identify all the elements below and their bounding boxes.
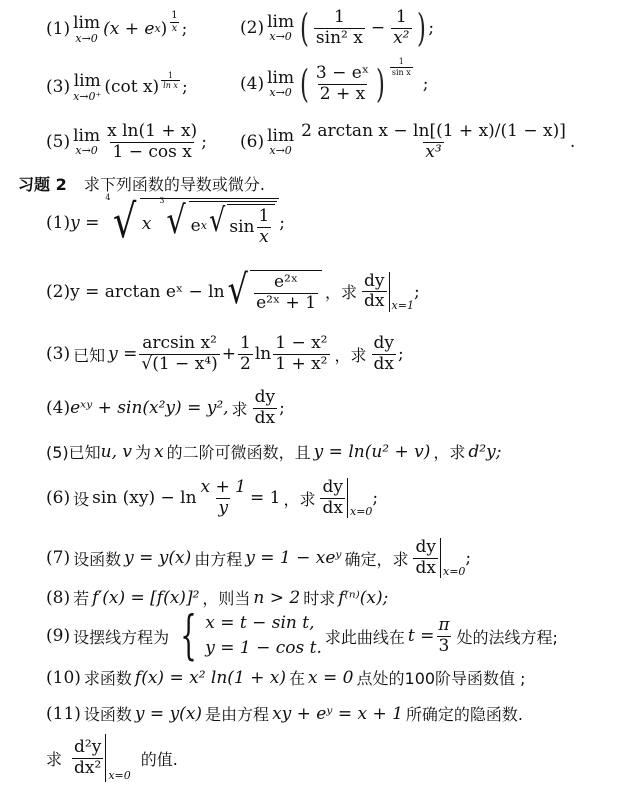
math-text: 3: [159, 201, 164, 247]
math-text: ;: [414, 282, 420, 302]
math-text: ln x: [161, 80, 180, 90]
math-text: ;: [398, 344, 404, 364]
fraction: 2 arctan x − ln[(1 + x)/(1 − x)]x³: [299, 122, 568, 162]
math-text: d²y: [72, 738, 103, 758]
math-text: n > 2: [253, 588, 300, 608]
math-text: (2): [46, 282, 70, 302]
limit-operator: limx→0: [73, 127, 100, 158]
math-text: 已知: [73, 343, 105, 366]
math-text: y =: [108, 344, 137, 364]
math-text: 2 + x: [318, 84, 367, 105]
math-text: x + 1: [199, 478, 248, 498]
math-text: dy: [372, 334, 397, 354]
math-text: ，求: [283, 487, 315, 510]
limit-problem-6: (6) limx→0 2 arctan x − ln[(1 + x)/(1 − …: [240, 122, 575, 162]
math-text: 1: [332, 8, 347, 28]
math-text: 的二阶可微函数，且: [167, 440, 311, 463]
math-text: sin: [229, 217, 254, 237]
math-text: y = y(x): [124, 548, 191, 568]
math-text: 1: [238, 334, 253, 354]
math-text: y = y(x): [135, 704, 202, 724]
math-text: 由方程: [194, 547, 242, 570]
fraction: 1sin² x: [314, 8, 365, 48]
derivative-problem-5: (5)已知u, v 为x 的二阶可微函数，且y = ln(u² + v) ，求d…: [46, 440, 501, 463]
math-text: 2 arctan x − ln[(1 + x)/(1 − x)]: [299, 122, 568, 142]
math-text: = 1: [250, 488, 280, 508]
math-text: ;: [279, 213, 285, 233]
math-text: d²y;: [468, 442, 501, 462]
math-text: x=1: [392, 299, 414, 312]
math-text: eˣʸ + sin(x²y) = y²,: [70, 398, 228, 418]
math-text: u, v: [101, 442, 132, 462]
math-text: x: [170, 22, 180, 35]
math-text: y = 1 − xeʸ: [245, 548, 341, 568]
limit-operator: limx→0: [267, 69, 294, 100]
fraction: x ln(1 + x)1 − cos x: [105, 122, 199, 162]
exercise-label: 习题 2: [18, 175, 67, 194]
exercise-instruction: 求下列函数的导数或微分.: [84, 175, 265, 194]
math-text: 在: [289, 666, 305, 689]
math-text: dy: [320, 478, 345, 498]
derivative-problem-6: (6)设sin (xy) − ln x + 1y = 1，求 dydx x=0;: [46, 478, 378, 518]
math-text: sin² x: [314, 28, 365, 49]
limit-operator: limx→0: [267, 13, 294, 44]
math-text: 的值.: [141, 747, 178, 770]
math-text: e²ˣ: [272, 273, 300, 293]
math-text: lim: [267, 13, 294, 32]
derivative-problem-9: (9)设摆线方程为 { x = t − sin t,y = 1 − cos t.…: [46, 610, 561, 662]
math-text: 1: [169, 10, 179, 22]
math-text: ，求: [325, 280, 357, 303]
math-text: ;: [182, 77, 188, 97]
math-text: x→0⁺: [73, 91, 101, 103]
math-text: (7): [46, 548, 70, 568]
derivative-problem-11: (11)设函数y = y(x) 是由方程xy + eʸ = x + 1 所确定的…: [46, 702, 526, 725]
derivative-problem-7: (7)设函数y = y(x) 由方程y = 1 − xeʸ 确定，求 dydx …: [46, 538, 471, 578]
math-text: ，求: [433, 440, 465, 463]
limit-problem-2: (2) limx→0 ( 1sin² x − 1x² );: [240, 8, 434, 48]
math-text: x³: [423, 142, 443, 163]
math-text: 求: [232, 397, 248, 420]
math-text: x→0: [269, 145, 291, 157]
math-text: y = ln(u² + v): [314, 442, 431, 462]
math-text: (9): [46, 626, 70, 646]
math-text: x→0: [269, 87, 291, 99]
math-text: ;: [428, 18, 434, 38]
math-text: x²: [391, 28, 411, 49]
math-text: 处的法线方程;: [457, 625, 558, 648]
math-text: ;: [465, 548, 471, 568]
math-text: (4): [46, 398, 70, 418]
math-text: xy + eʸ = x + 1: [272, 704, 403, 724]
math-text: f′(x) = [f(x)]²: [92, 588, 199, 608]
limit-problem-5: (5) limx→0 x ln(1 + x)1 − cos x ;: [46, 122, 207, 162]
exponent: 1x: [169, 10, 179, 34]
math-text: 若: [73, 586, 89, 609]
math-text: 1 − x²: [273, 334, 329, 354]
limit-operator: limx→0: [267, 127, 294, 158]
math-text: π: [436, 616, 451, 636]
math-text: lim: [267, 127, 294, 146]
limit-problem-1: (1) limx→0 (x + ex) 1x ;: [46, 14, 187, 45]
math-text: 确定，求: [344, 547, 408, 570]
exponent: 1sin x: [390, 57, 413, 76]
fraction: 1x²: [391, 8, 411, 48]
math-text: x=0: [108, 769, 130, 782]
math-text: x: [142, 214, 152, 234]
math-text: 3 − eˣ: [314, 64, 371, 84]
cube-root: 3√ ex √sin 1x: [159, 201, 277, 247]
math-text: dx: [253, 408, 277, 429]
math-text: ;: [279, 398, 285, 418]
math-text: f(x) = x² ln(1 + x): [135, 668, 286, 688]
math-text: 点处的100阶导函数值 ;: [357, 666, 526, 689]
math-text: 1 + x²: [273, 354, 329, 375]
math-text: x→0: [75, 145, 97, 157]
math-text: f⁽ⁿ⁾(x);: [338, 588, 388, 608]
math-text: e: [191, 216, 201, 236]
limit-problem-3: (3) limx→0⁺ (cot x) 1ln x ;: [46, 72, 188, 103]
problem-number: (5): [46, 132, 70, 152]
math-text: x: [257, 227, 271, 248]
math-text: (3): [46, 344, 70, 364]
math-text: t =: [408, 626, 434, 646]
math-text: 设: [73, 487, 89, 510]
fourth-root: 4√ x 3√ ex √sin 1x: [105, 198, 279, 247]
math-text: y =: [70, 213, 99, 233]
expression: (x + e: [103, 19, 154, 39]
math-text: .: [570, 132, 575, 152]
math-text: arcsin x²: [140, 334, 219, 354]
limit-problem-4: (4) limx→0 ( 3 − eˣ2 + x ) 1sin x ;: [240, 64, 429, 104]
math-text: dx²: [72, 758, 103, 779]
math-text: ;: [423, 74, 429, 94]
math-text: 求此曲线在: [325, 625, 405, 648]
math-text: sin (xy) − ln: [92, 488, 196, 508]
math-text: ;: [201, 132, 207, 152]
math-text: 为: [135, 440, 151, 463]
math-text: +: [222, 344, 236, 364]
problem-number: (4): [240, 74, 264, 94]
math-text: (10): [46, 668, 81, 688]
math-text: x = t − sin t,: [205, 611, 322, 637]
math-text: 1 − cos x: [110, 142, 193, 163]
math-text: 1: [397, 57, 406, 66]
math-text: x=0: [350, 505, 372, 518]
math-text: dx: [372, 354, 396, 375]
math-text: x→0: [269, 31, 291, 43]
math-text: ，求: [335, 343, 367, 366]
math-text: 1: [394, 8, 409, 28]
math-text: 1: [256, 207, 271, 227]
limit-operator: limx→0: [73, 14, 100, 45]
math-text: 1: [166, 71, 175, 80]
math-text: −: [371, 18, 385, 38]
exercise-heading: 习题 2 求下列函数的导数或微分.: [18, 172, 265, 195]
math-text: dy: [253, 388, 278, 408]
math-text: (11): [46, 704, 81, 724]
math-text: 设函数: [84, 702, 132, 725]
math-text: y = arctan eˣ − ln: [70, 282, 224, 302]
derivative-problem-4: (4)eˣʸ + sin(x²y) = y², 求 dydx;: [46, 388, 285, 428]
math-text: (cot x): [104, 77, 159, 97]
math-text: √(1 − x⁴): [139, 354, 219, 375]
math-text: dx: [362, 291, 386, 312]
problem-number: (1): [46, 19, 70, 39]
math-text: x ln(1 + x): [105, 122, 199, 142]
exponent: 1ln x: [161, 71, 180, 90]
math-text: 2: [238, 354, 253, 375]
math-text: 求: [46, 747, 62, 770]
math-text: y = 1 − cos t.: [205, 636, 322, 662]
math-text: 设摆线方程为: [73, 625, 169, 648]
derivative-problem-1: (1)y = 4√ x 3√ ex √sin 1x ;: [46, 198, 285, 247]
derivative-problem-8: (8)若f′(x) = [f(x)]² ，则当n > 2 时求f⁽ⁿ⁾(x);: [46, 586, 388, 609]
math-text: 求函数: [84, 666, 132, 689]
math-text: lim: [73, 127, 100, 146]
problem-number: (2): [240, 18, 264, 38]
math-text: ;: [372, 488, 378, 508]
limit-operator: limx→0⁺: [73, 72, 101, 103]
math-text: e²ˣ + 1: [254, 293, 318, 314]
parametric-equations: x = t − sin t,y = 1 − cos t.: [205, 611, 322, 662]
math-text: 时求: [303, 586, 335, 609]
math-text: x=0: [443, 565, 465, 578]
math-text: ln: [255, 344, 271, 364]
problem-number: (3): [46, 77, 70, 97]
math-text: 3: [437, 636, 452, 657]
math-text: ，则当: [202, 586, 250, 609]
math-text: x: [154, 442, 164, 462]
math-text: dy: [413, 538, 438, 558]
math-text: (8): [46, 588, 70, 608]
math-text: (5)已知: [46, 440, 101, 463]
math-text: 4: [105, 198, 110, 247]
math-text: sin x: [390, 67, 413, 77]
fraction: 3 − eˣ2 + x: [314, 64, 371, 104]
math-text: dx: [413, 558, 437, 579]
math-text: lim: [74, 72, 101, 91]
math-text: (6): [46, 488, 70, 508]
math-text: 设函数: [73, 547, 121, 570]
derivative-problem-10: (10)求函数f(x) = x² ln(1 + x) 在x = 0 点处的100…: [46, 666, 529, 689]
derivative-problem-11-continued: 求 d²ydx² x=0 的值.: [46, 734, 181, 782]
math-text: y: [216, 498, 230, 519]
math-text: lim: [267, 69, 294, 88]
math-text: ;: [182, 19, 188, 39]
math-text: dx: [320, 498, 344, 519]
math-text: ): [161, 19, 168, 39]
math-text: lim: [73, 14, 100, 33]
math-text: 是由方程: [205, 702, 269, 725]
problem-number: (6): [240, 132, 264, 152]
math-text: (1): [46, 213, 70, 233]
math-text: 所确定的隐函数.: [406, 702, 523, 725]
math-text: dy: [362, 272, 387, 292]
derivative-problem-2: (2)y = arctan eˣ − ln √ e²ˣe²ˣ + 1 ，求 dy…: [46, 270, 420, 313]
math-text: x→0: [75, 33, 97, 45]
math-text: x = 0: [308, 668, 353, 688]
derivative-problem-3: (3)已知y = arcsin x²√(1 − x⁴) + 12 ln 1 − …: [46, 334, 404, 374]
